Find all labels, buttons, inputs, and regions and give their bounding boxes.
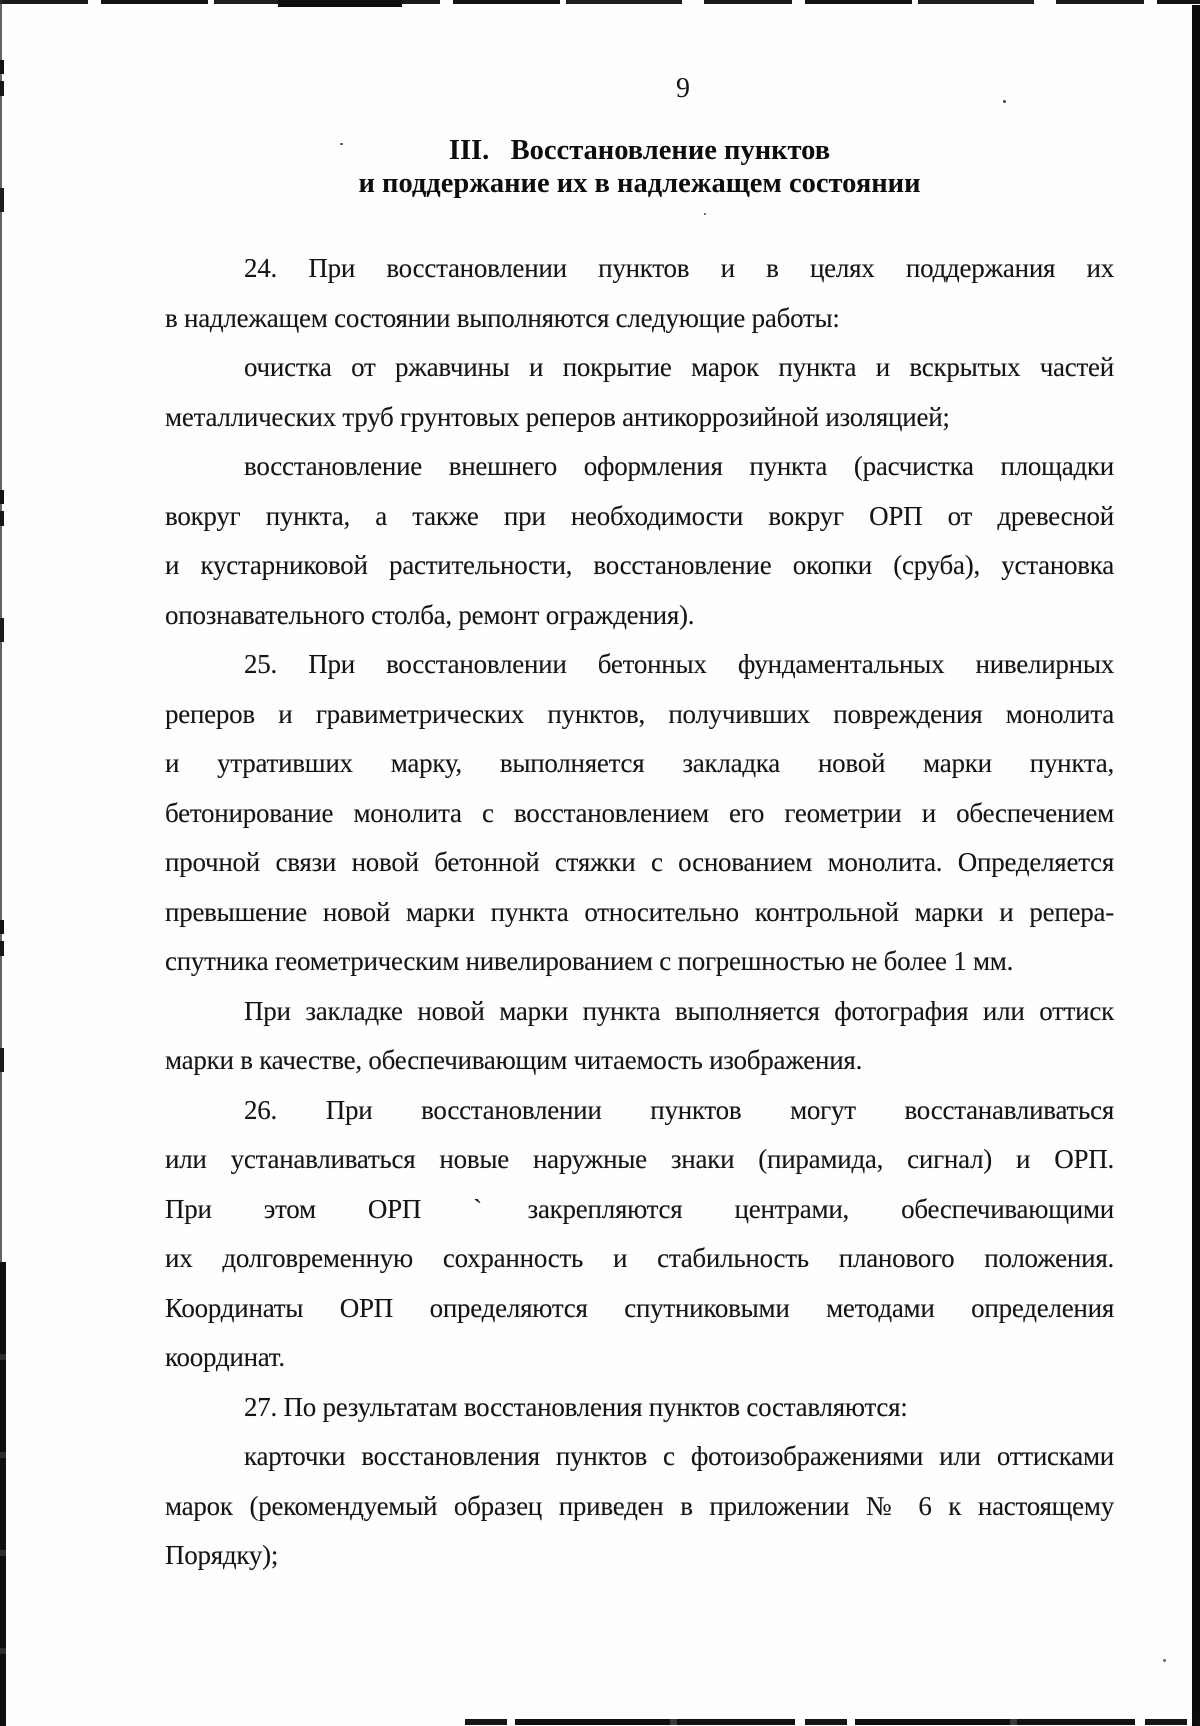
text-line: восстановление внешнего оформления пункт… [165,442,1114,492]
text-line: и утративших марку, выполняется закладка… [165,739,1114,789]
text-line: и кустарниковой растительности, восстано… [165,541,1114,591]
text-line: 24. При восстановлении пунктов и в целях… [165,244,1114,294]
text-line: Координаты ОРП определяются спутниковыми… [165,1284,1114,1334]
text-line: их долговременную сохранность и стабильн… [165,1234,1114,1284]
text-line: марки в качестве, обеспечивающим читаемо… [165,1036,1114,1086]
text-line: марок (рекомендуемый образец приведен в … [165,1482,1114,1532]
scan-edge-left-thick [0,1262,6,1726]
scan-edge-top [0,0,1200,4]
scan-page: 9 III. Восстановление пунктов и поддержа… [0,0,1200,1726]
scan-edge-right [1192,5,1200,1726]
document-body: 24. При восстановлении пунктов и в целях… [165,244,1114,1581]
text-line: опознавательного столба, ремонт огражден… [165,591,1114,641]
text-line: реперов и гравиметрических пунктов, полу… [165,690,1114,740]
text-line: прочной связи новой бетонной стяжки с ос… [165,838,1114,888]
text-line: 25. При восстановлении бетонных фундамен… [165,640,1114,690]
scan-speck [1163,1659,1166,1662]
text-line: 26. При восстановлении пунктов могут вос… [165,1086,1114,1136]
scan-edge-bottom [455,1719,1200,1725]
scan-speck [704,213,706,215]
text-line: координат. [165,1333,1114,1383]
section-heading-line-2: и поддержание их в надлежащем состоянии [165,168,1114,201]
text-line: карточки восстановления пунктов с фотоиз… [165,1432,1114,1482]
page-number: 9 [533,74,833,104]
text-line: превышение новой марки пункта относитель… [165,888,1114,938]
text-line: металлических труб грунтовых реперов ант… [165,393,1114,443]
text-line: 27. По результатам восстановления пункто… [165,1383,1114,1433]
scan-speck [1003,100,1006,103]
text-line: При закладке новой марки пункта выполняе… [165,987,1114,1037]
text-line: или устанавливаться новые наружные знаки… [165,1135,1114,1185]
text-line: в надлежащем состоянии выполняются следу… [165,294,1114,344]
section-heading: III. Восстановление пунктов и поддержани… [165,135,1114,200]
text-line: При этом ОРП ˋзакрепляются центрами, обе… [165,1185,1114,1235]
text-line: вокруг пункта, а также при необходимости… [165,492,1114,542]
section-heading-line-1: III. Восстановление пунктов [165,135,1114,168]
text-line: спутника геометрическим нивелированием с… [165,937,1114,987]
scan-edge-top-blob [278,0,402,7]
text-line: бетонирование монолита с восстановлением… [165,789,1114,839]
text-line: Порядку); [165,1531,1114,1581]
text-line: очистка от ржавчины и покрытие марок пун… [165,343,1114,393]
